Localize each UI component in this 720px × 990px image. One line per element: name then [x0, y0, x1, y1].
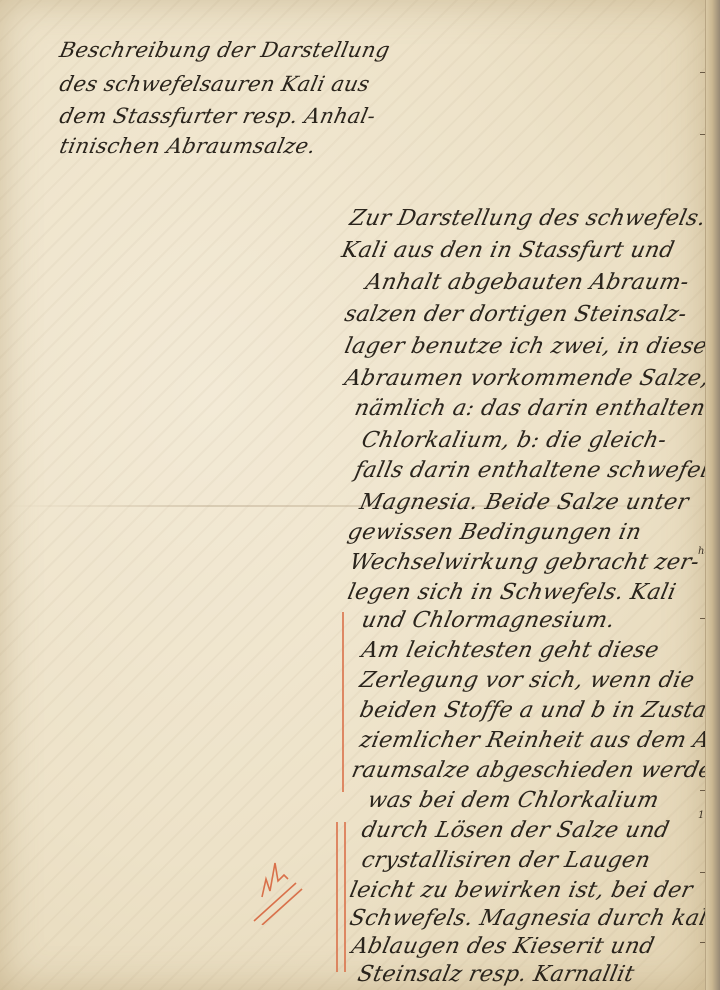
red-initial-mark-icon [250, 855, 310, 925]
body-line: Magnesia. Beide Salze unter [357, 490, 691, 515]
body-line: crystallisiren der Laugen [359, 848, 652, 873]
body-line: salzen der dortigen Steinsalz- [342, 302, 689, 327]
body-line: und Chlormagnesium. [359, 608, 617, 633]
body-line: leicht zu bewirken ist, bei der [347, 878, 695, 903]
body-line: Schwefels. Magnesia durch kaltes [347, 906, 720, 931]
body-line: Zur Darstellung des schwefels. [347, 206, 708, 231]
body-line: Am leichtesten geht diese [359, 638, 661, 663]
body-line: Wechselwirkung gebracht zer- [347, 550, 701, 575]
manuscript-page: Beschreibung der Darstellung des schwefe… [0, 0, 705, 990]
red-margin-line [344, 822, 346, 972]
body-line: beiden Stoffe a und b in Zustand [357, 698, 720, 723]
page-binding-edge [705, 0, 720, 990]
title-line-1: Beschreibung der Darstellung [57, 38, 392, 62]
body-line: lager benutze ich zwei, in diesen [342, 334, 720, 359]
body-line: Anhalt abgebauten Abraum- [363, 270, 691, 295]
body-line: was bei dem Chlorkalium [365, 788, 661, 813]
body-line: Chlorkalium, b: die gleich- [359, 428, 668, 453]
title-line-3: dem Stassfurter resp. Anhal- [57, 104, 377, 128]
body-line: Ablaugen des Kieserit und [349, 934, 656, 959]
body-line: raumsalze abgeschieden werden, [349, 758, 720, 783]
body-line: nämlich a: das darin enthaltene [352, 396, 720, 421]
title-line-2: des schwefelsauren Kali aus [57, 72, 372, 96]
body-line: legen sich in Schwefels. Kali [345, 580, 678, 605]
red-margin-line [342, 612, 344, 792]
body-line: gewissen Bedingungen in [345, 520, 643, 545]
body-line: Zerlegung vor sich, wenn die [357, 668, 696, 693]
body-line: Abraumen vorkommende Salze, [342, 366, 711, 391]
body-line: ziemlicher Reinheit aus dem Ab- [357, 728, 720, 753]
body-line: falls darin enthaltene schwefels. [352, 458, 720, 483]
body-line: Steinsalz resp. Karnallit [355, 962, 636, 987]
body-line: durch Lösen der Salze und [359, 818, 671, 843]
red-margin-line [336, 822, 338, 972]
body-line: Kali aus den in Stassfurt und [339, 238, 676, 263]
title-line-4: tinischen Abraumsalze. [57, 134, 318, 158]
